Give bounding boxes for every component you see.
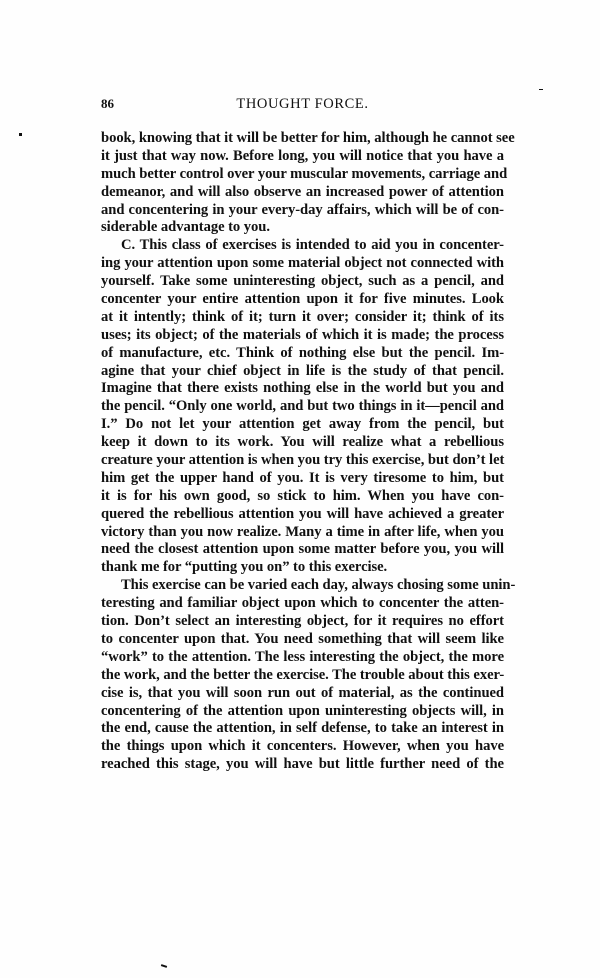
- text-line-content: concenter your entire attention upon it …: [101, 291, 504, 309]
- text-line: the work, and the better the exercise. T…: [101, 667, 504, 685]
- text-line: This exercise can be varied each day, al…: [101, 577, 504, 595]
- text-line-content: ing your attention upon some material ob…: [101, 255, 504, 273]
- body-text: book, knowing that it will be better for…: [101, 130, 504, 774]
- text-line-content: This exercise can be varied each day, al…: [121, 577, 504, 595]
- text-line-content: uses; its object; of the materials of wh…: [101, 327, 504, 345]
- text-line: victory than you now realize. Many a tim…: [101, 524, 504, 542]
- text-line: cise is, that you will soon run out of m…: [101, 685, 504, 703]
- text-line-content: I.” Do not let your attention get away f…: [101, 416, 504, 434]
- text-line-content: at it intently; think of it; turn it ove…: [101, 309, 504, 327]
- text-line: uses; its object; of the materials of wh…: [101, 327, 504, 345]
- text-line-content: teresting and familiar object upon which…: [101, 595, 504, 613]
- text-line: ing your attention upon some material ob…: [101, 255, 504, 273]
- text-line: siderable advantage to you.: [101, 219, 504, 237]
- text-line-content: quered the rebellious attention you will…: [101, 506, 504, 524]
- text-line: it is for his own good, so stick to him.…: [101, 488, 504, 506]
- text-line-content: need the closest attention upon some mat…: [101, 541, 504, 559]
- text-line-content: cise is, that you will soon run out of m…: [101, 685, 504, 703]
- text-line: demeanor, and will also observe an incre…: [101, 184, 504, 202]
- scan-speck: [161, 964, 167, 968]
- running-title: THOUGHT FORCE.: [101, 96, 504, 112]
- text-line: tion. Don’t select an interesting object…: [101, 613, 504, 631]
- book-page: 86 THOUGHT FORCE. book, knowing that it …: [0, 0, 600, 978]
- paragraph: C. This class of exercises is intended t…: [101, 237, 504, 577]
- text-line: keep it down to its work. You will reali…: [101, 434, 504, 452]
- text-line-content: and concentering in your every-day affai…: [101, 202, 504, 220]
- text-line-content: to concenter upon that. You need somethi…: [101, 631, 504, 649]
- text-line: it just that way now. Before long, you w…: [101, 148, 504, 166]
- text-line: reached this stage, you will have but li…: [101, 756, 504, 774]
- text-line-content: tion. Don’t select an interesting object…: [101, 613, 504, 631]
- text-line-content: thank me for “putting you on” to this ex…: [101, 559, 504, 577]
- paragraph: This exercise can be varied each day, al…: [101, 577, 504, 774]
- running-head: 86 THOUGHT FORCE.: [101, 96, 504, 112]
- text-line: concenter your entire attention upon it …: [101, 291, 504, 309]
- text-line-content: demeanor, and will also observe an incre…: [101, 184, 504, 202]
- text-line: him get the upper hand of you. It is ver…: [101, 470, 504, 488]
- text-line: quered the rebellious attention you will…: [101, 506, 504, 524]
- text-line: book, knowing that it will be better for…: [101, 130, 504, 148]
- text-line-content: yourself. Take some uninteresting object…: [101, 273, 504, 291]
- text-line: Imagine that there exists nothing else i…: [101, 380, 504, 398]
- text-line: to concenter upon that. You need somethi…: [101, 631, 504, 649]
- text-line: the end, cause the attention, in self de…: [101, 720, 504, 738]
- text-line: the pencil. “Only one world, and but two…: [101, 398, 504, 416]
- scan-speck: [19, 133, 22, 136]
- text-line: yourself. Take some uninteresting object…: [101, 273, 504, 291]
- text-line-content: victory than you now realize. Many a tim…: [101, 524, 504, 542]
- text-line-content: agine that your chief object in life is …: [101, 363, 504, 381]
- text-line-content: C. This class of exercises is intended t…: [121, 237, 504, 255]
- text-line-content: of manufacture, etc. Think of nothing el…: [101, 345, 504, 363]
- text-line-content: book, knowing that it will be better for…: [101, 130, 504, 148]
- text-line-content: concentering of the attention upon unint…: [101, 703, 504, 721]
- text-line: concentering of the attention upon unint…: [101, 703, 504, 721]
- text-line-content: much better control over your muscular m…: [101, 166, 504, 184]
- text-line: creature your attention is when you try …: [101, 452, 504, 470]
- text-line-content: creature your attention is when you try …: [101, 452, 504, 470]
- text-line-content: it is for his own good, so stick to him.…: [101, 488, 504, 506]
- text-line-content: the things upon which it concenters. How…: [101, 738, 504, 756]
- text-line: the things upon which it concenters. How…: [101, 738, 504, 756]
- text-line: teresting and familiar object upon which…: [101, 595, 504, 613]
- text-line-content: siderable advantage to you.: [101, 219, 504, 237]
- text-line: thank me for “putting you on” to this ex…: [101, 559, 504, 577]
- text-line: I.” Do not let your attention get away f…: [101, 416, 504, 434]
- text-line: agine that your chief object in life is …: [101, 363, 504, 381]
- text-line: “work” to the attention. The less intere…: [101, 649, 504, 667]
- text-line: need the closest attention upon some mat…: [101, 541, 504, 559]
- text-line-content: the pencil. “Only one world, and but two…: [101, 398, 504, 416]
- scan-speck: [539, 89, 543, 90]
- text-line-content: reached this stage, you will have but li…: [101, 756, 504, 774]
- text-line-content: it just that way now. Before long, you w…: [101, 148, 504, 166]
- text-line-content: Imagine that there exists nothing else i…: [101, 380, 504, 398]
- text-line: and concentering in your every-day affai…: [101, 202, 504, 220]
- text-line-content: keep it down to its work. You will reali…: [101, 434, 504, 452]
- text-line: at it intently; think of it; turn it ove…: [101, 309, 504, 327]
- text-line: much better control over your muscular m…: [101, 166, 504, 184]
- text-line-content: the end, cause the attention, in self de…: [101, 720, 504, 738]
- text-line: of manufacture, etc. Think of nothing el…: [101, 345, 504, 363]
- paragraph: book, knowing that it will be better for…: [101, 130, 504, 237]
- text-line-content: “work” to the attention. The less intere…: [101, 649, 504, 667]
- text-line-content: the work, and the better the exercise. T…: [101, 667, 504, 685]
- text-line: C. This class of exercises is intended t…: [101, 237, 504, 255]
- text-line-content: him get the upper hand of you. It is ver…: [101, 470, 504, 488]
